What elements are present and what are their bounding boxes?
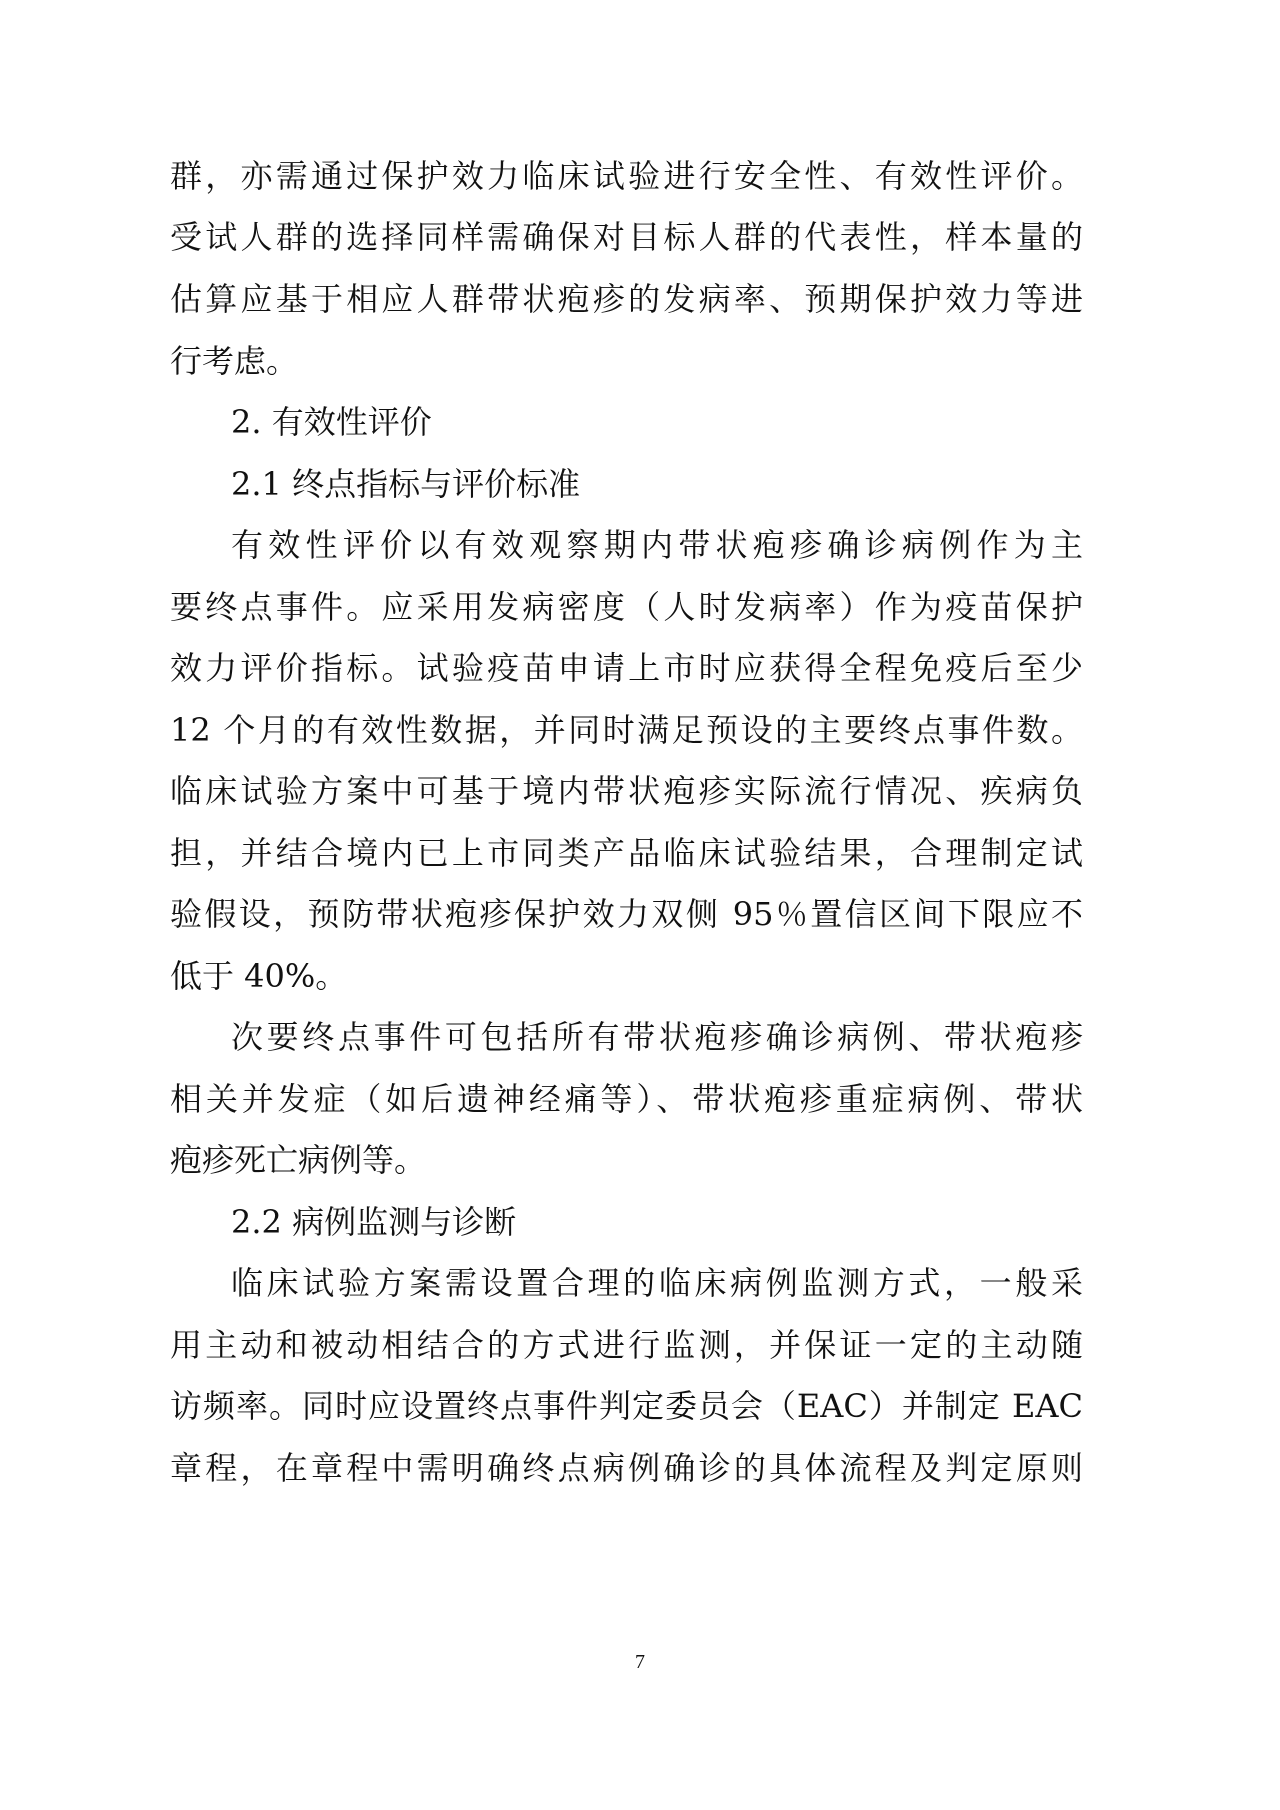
paragraph-line: 相关并发症（如后遗神经痛等）、带状疱疹重症病例、带状	[170, 1079, 1083, 1119]
paragraph-line: 章程，在章程中需明确终点病例确诊的具体流程及判定原则	[170, 1448, 1083, 1488]
paragraph-line: 12 个月的有效性数据，并同时满足预设的主要终点事件数。	[170, 710, 1083, 750]
paragraph-line: 行考虑。	[170, 341, 1083, 381]
subsection-heading: 2.2 病例监测与诊断	[231, 1202, 1083, 1242]
paragraph-line: 要终点事件。应采用发病密度（人时发病率）作为疫苗保护	[170, 587, 1083, 627]
paragraph-line: 受试人群的选择同样需确保对目标人群的代表性，样本量的	[170, 217, 1083, 257]
paragraph-line: 临床试验方案需设置合理的临床病例监测方式，一般采	[231, 1263, 1083, 1303]
paragraph-line: 访频率。同时应设置终点事件判定委员会（EAC）并制定 EAC	[170, 1386, 1083, 1426]
paragraph-line: 用主动和被动相结合的方式进行监测，并保证一定的主动随	[170, 1325, 1083, 1365]
paragraph-line: 临床试验方案中可基于境内带状疱疹实际流行情况、疾病负	[170, 771, 1083, 811]
paragraph-line: 疱疹死亡病例等。	[170, 1140, 1083, 1180]
paragraph-line: 低于 40%。	[170, 956, 1083, 996]
paragraph-line: 担，并结合境内已上市同类产品临床试验结果，合理制定试	[170, 833, 1083, 873]
paragraph-line: 次要终点事件可包括所有带状疱疹确诊病例、带状疱疹	[231, 1017, 1083, 1057]
paragraph-line: 估算应基于相应人群带状疱疹的发病率、预期保护效力等进	[170, 279, 1083, 319]
paragraph-line: 群，亦需通过保护效力临床试验进行安全性、有效性评价。	[170, 156, 1083, 196]
document-page: 群，亦需通过保护效力临床试验进行安全性、有效性评价。 受试人群的选择同样需确保对…	[0, 0, 1280, 1810]
paragraph-line: 效力评价指标。试验疫苗申请上市时应获得全程免疫后至少	[170, 648, 1083, 688]
paragraph-line: 有效性评价以有效观察期内带状疱疹确诊病例作为主	[231, 525, 1083, 565]
subsection-heading: 2.1 终点指标与评价标准	[231, 464, 1083, 504]
page-number: 7	[620, 1650, 660, 1674]
section-heading: 2. 有效性评价	[231, 402, 1083, 442]
paragraph-line: 验假设，预防带状疱疹保护效力双侧 95％置信区间下限应不	[170, 894, 1083, 934]
